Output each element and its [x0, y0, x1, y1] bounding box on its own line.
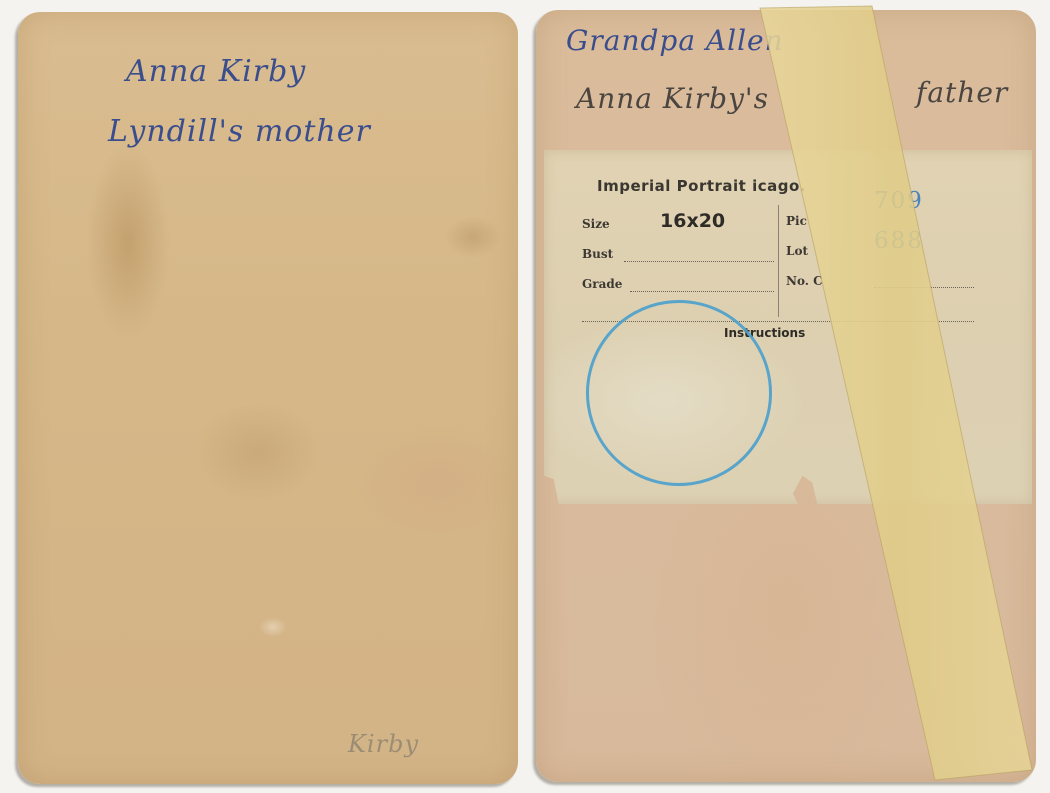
size-label: Size [582, 217, 610, 231]
studio-order-label: Imperial Portrait icago. Size 16x20 Bust… [544, 150, 1032, 504]
faint-pencil-signature: Kirby [348, 730, 419, 758]
picture-number-stamp: 709 [874, 188, 924, 214]
lot-label: Lot [786, 244, 808, 258]
copies-label: No. C [786, 274, 823, 288]
handwritten-relation: Lyndill's mother [108, 114, 371, 149]
size-value: 16x20 [660, 210, 725, 232]
crayon-circle [574, 288, 784, 498]
handwritten-name: Anna Kirby [126, 54, 306, 89]
handwritten-name: Grandpa Allen [566, 24, 784, 57]
lot-number-stamp: 688 [874, 228, 924, 254]
bust-label: Bust [582, 247, 613, 261]
left-photo-card-back: Anna Kirby Lyndill's mother Kirby [18, 12, 518, 784]
grade-fill-line [630, 291, 774, 292]
handwritten-relation-end: father [916, 76, 1008, 109]
copies-fill-line [874, 287, 974, 288]
studio-name: Imperial Portrait icago. [597, 177, 806, 195]
right-photo-card-back: Grandpa Allen Anna Kirby's father Imperi… [536, 10, 1036, 782]
bust-fill-line [624, 261, 774, 262]
picture-number-label: Pic [786, 214, 807, 228]
column-divider [778, 205, 779, 317]
grade-label: Grade [582, 277, 622, 291]
handwritten-relation: Anna Kirby's [576, 82, 769, 115]
